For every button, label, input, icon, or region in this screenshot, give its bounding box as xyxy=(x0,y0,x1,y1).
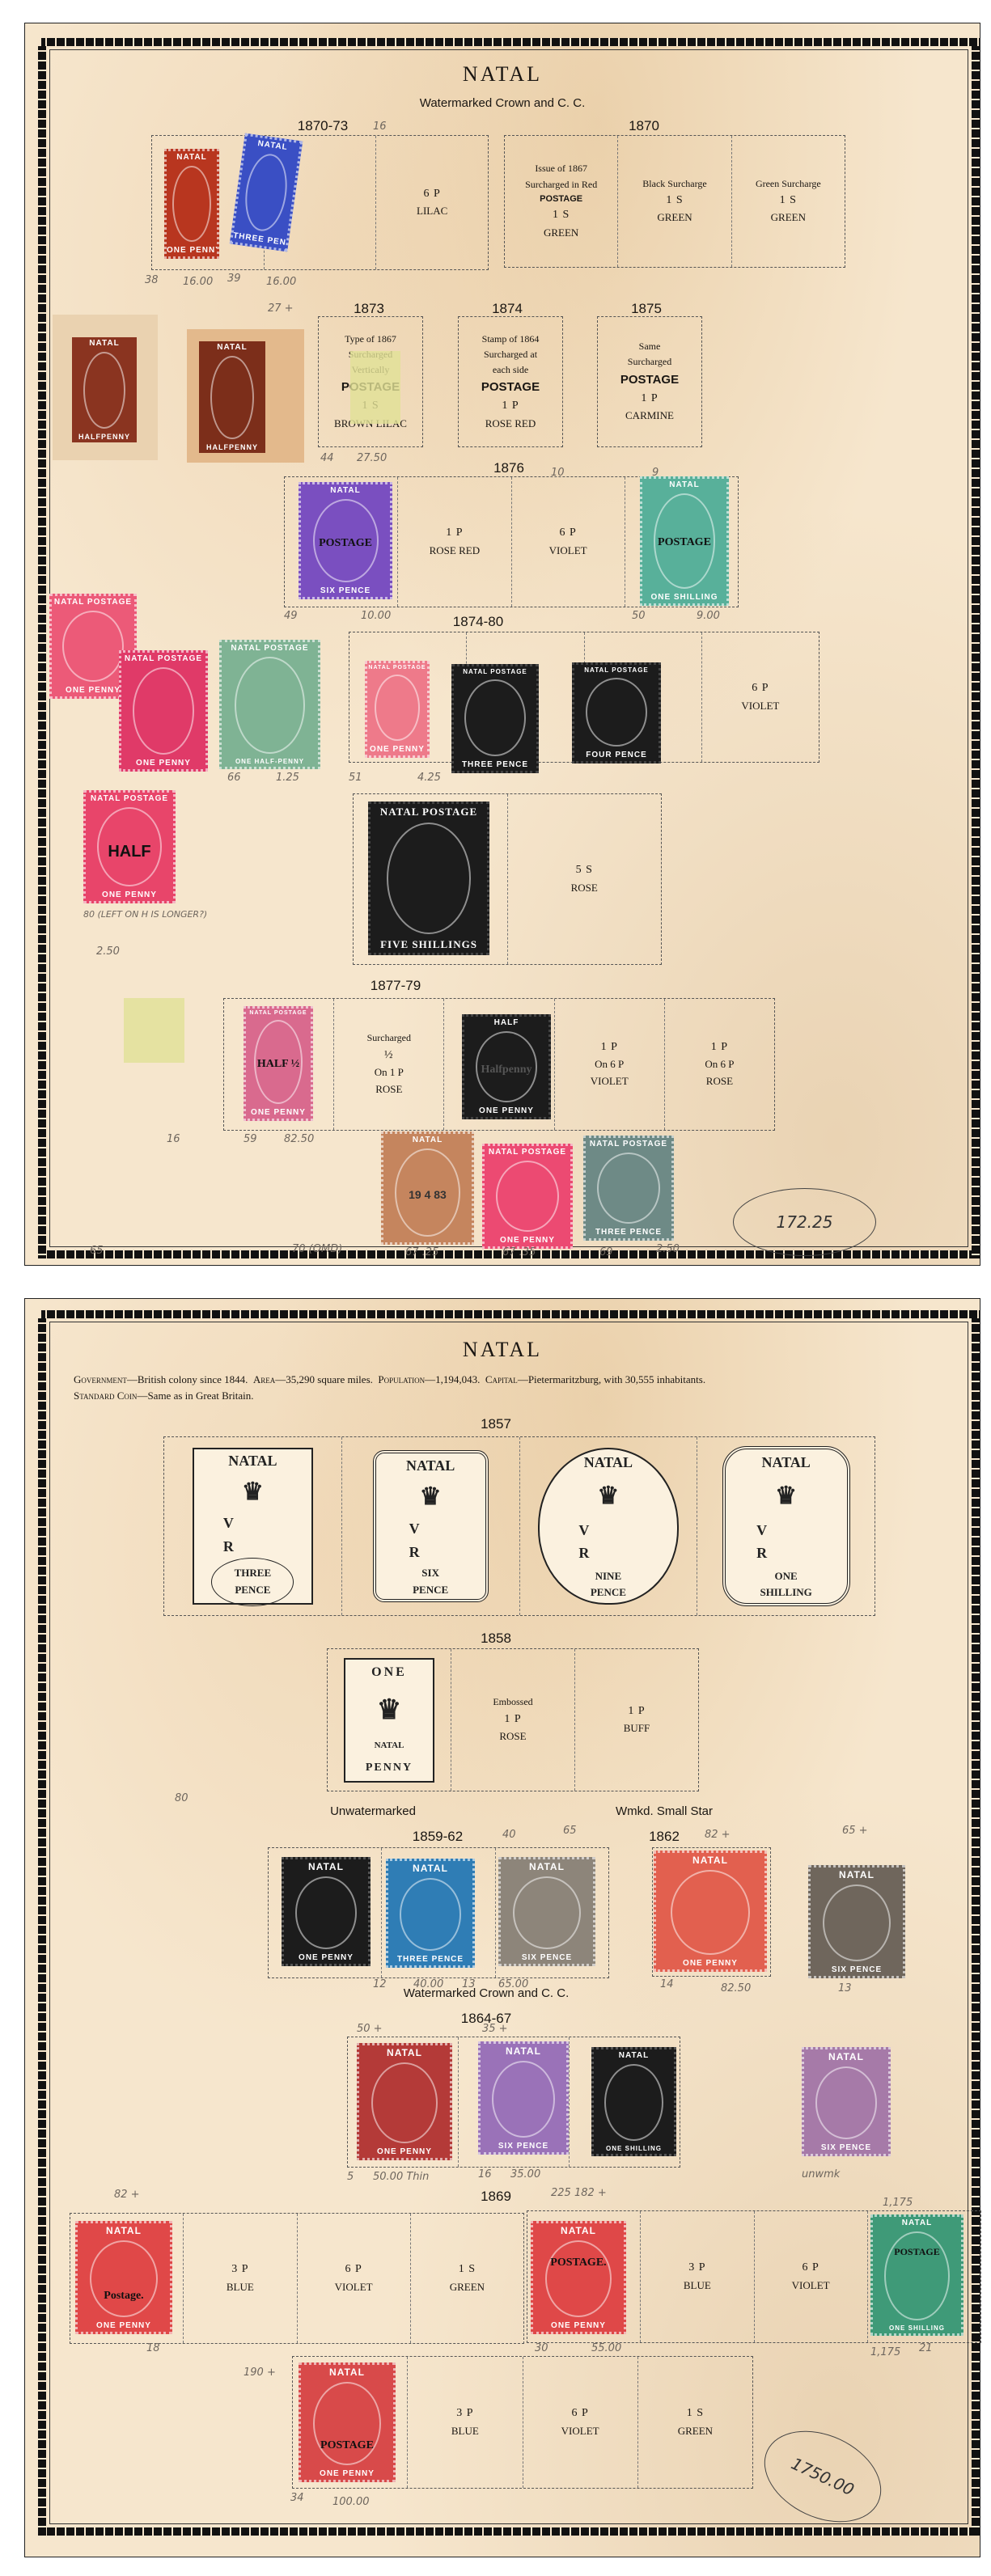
pencil-note: 1,175 xyxy=(870,2346,900,2358)
year-1857: 1857 xyxy=(481,1416,511,1432)
year-1870-73: 1870-73 xyxy=(298,118,348,134)
design-one-shilling: NATAL ♛ V R ONE SHILLING xyxy=(722,1446,850,1606)
pencil-note: 50 + xyxy=(357,2023,383,2035)
stamp-half-surcharge-rose[interactable]: NATAL POSTAGE HALF ½ ONE PENNY xyxy=(244,1006,313,1121)
pencil-note: 70 (OMD) xyxy=(292,1243,342,1255)
cell-1s-green: 1 S GREEN xyxy=(638,2357,752,2488)
pencil-note: 16 xyxy=(167,1133,180,1145)
pencil-note: 9.00 xyxy=(697,610,720,622)
crown-icon: ♛ xyxy=(597,1477,619,1516)
cell-1870-black-surcharge: Black Surcharge 1 S GREEN xyxy=(618,136,731,267)
year-1870: 1870 xyxy=(629,118,659,134)
pencil-note: 2.50 xyxy=(656,1243,680,1255)
cell-1p-on-6p-rose: 1 P On 6 P ROSE xyxy=(665,999,774,1130)
year-1874-80: 1874-80 xyxy=(453,614,503,630)
year-1874: 1874 xyxy=(492,301,523,317)
stamp-one-penny-red[interactable]: NATAL ONE PENNY xyxy=(164,149,219,259)
year-1873: 1873 xyxy=(354,301,384,317)
hinge xyxy=(124,998,184,1063)
left-border xyxy=(38,46,46,1258)
country-info: Government—British colony since 1844. Ar… xyxy=(74,1372,939,1403)
pencil-note: 190 + xyxy=(244,2367,276,2379)
pencil-note: 40 xyxy=(502,1829,516,1841)
pencil-note: 67 .35 xyxy=(502,1246,536,1258)
stamp-one-shilling-green-postage[interactable]: NATAL POSTAGE ONE SHILLING xyxy=(640,476,729,606)
pencil-note: 65 + xyxy=(842,1825,868,1837)
pencil-note: 59 xyxy=(244,1133,257,1145)
pencil-note: 35.00 xyxy=(510,2168,540,2181)
box-1874: Stamp of 1864 Surcharged at each side PO… xyxy=(458,316,563,447)
pencil-note: 4.25 xyxy=(417,772,441,784)
cell-3p-blue: 3 P BLUE xyxy=(641,2211,754,2342)
stamp-five-shillings-black-image: NATAL POSTAGE FIVE SHILLINGS xyxy=(368,802,489,955)
stamp-six-pence-lilac-unwmk[interactable]: NATAL SIX PENCE xyxy=(802,2047,891,2156)
top-border xyxy=(41,38,980,46)
pencil-note: 82 + xyxy=(114,2189,140,2201)
cell-1870-red-surcharge: Issue of 1867 Surcharged in Red POSTAGE … xyxy=(505,136,618,267)
stamp-half-penny-green[interactable]: NATAL POSTAGE ONE HALF-PENNY xyxy=(219,640,320,769)
pencil-note: 100.00 xyxy=(332,2496,370,2508)
stamp-six-pence-brown-1862[interactable]: NATAL SIX PENCE xyxy=(808,1865,905,1978)
stamp-one-penny-red-1862[interactable]: NATAL ONE PENNY xyxy=(654,1851,767,1972)
year-1859-62: 1859-62 xyxy=(413,1829,463,1845)
year-1877-79: 1877-79 xyxy=(371,978,421,994)
cell-6p-violet: 6 P VIOLET xyxy=(755,2211,868,2342)
pencil-note: 225 182 + xyxy=(551,2187,607,2199)
stamp-three-pence-blue[interactable]: NATAL THREE PENCE xyxy=(386,1859,475,1968)
pencil-note: 34 xyxy=(290,2492,304,2504)
pencil-note: 21 xyxy=(919,2342,933,2354)
stamp-one-penny-rose-2[interactable]: NATAL POSTAGE ONE PENNY xyxy=(119,650,208,772)
unwatermarked-heading: Unwatermarked xyxy=(330,1804,416,1818)
pencil-note: 67 .25 xyxy=(405,1246,438,1258)
pencil-note: 12 xyxy=(373,1978,387,1990)
year-1862: 1862 xyxy=(649,1829,680,1845)
stamp-loose-brown[interactable]: NATAL 19 4 83 xyxy=(381,1131,474,1245)
pencil-note: 82.50 xyxy=(284,1133,314,1145)
album-page-1: NATAL Watermarked Crown and C. C. 1870-7… xyxy=(24,23,980,1266)
pencil-note: 82 + xyxy=(705,1829,731,1841)
cell-6p-lilac: 6 P LILAC xyxy=(376,136,488,269)
stamp-one-penny-carmine-1864[interactable]: NATAL ONE PENNY xyxy=(357,2043,452,2160)
design-three-pence: NATAL ♛ V R THREE PENCE xyxy=(193,1448,313,1605)
pencil-note: 1,175 xyxy=(883,2197,913,2209)
stamp-one-shilling-green-postage[interactable]: NATAL POSTAGE ONE SHILLING xyxy=(870,2214,963,2336)
pencil-note: 16 xyxy=(478,2168,492,2181)
stamp-one-penny-postage-1869-a[interactable]: NATAL Postage. ONE PENNY xyxy=(75,2221,172,2334)
pencil-note: 55.00 xyxy=(591,2342,621,2354)
stamp-half-on-one-penny[interactable]: NATAL POSTAGE HALF ONE PENNY xyxy=(83,790,176,903)
cell-5s-rose: 5 S ROSE xyxy=(508,794,662,964)
cell-3p-blue: 3 P BLUE xyxy=(184,2214,297,2343)
cell-half-on-1p-rose: Surcharged ½ On 1 P ROSE xyxy=(334,999,444,1130)
crown-icon: ♛ xyxy=(775,1477,797,1516)
year-1875: 1875 xyxy=(631,301,662,317)
cell-1857-three-pence: NATAL ♛ V R THREE PENCE xyxy=(164,1437,342,1615)
stamp-six-pence-lilac-1864[interactable]: NATAL SIX PENCE xyxy=(478,2041,569,2155)
pencil-note: 9 xyxy=(652,467,659,479)
stamp-six-pence-violet-postage[interactable]: NATAL POSTAGE SIX PENCE xyxy=(299,482,392,599)
stamp-one-penny-black-image: NATAL ONE PENNY xyxy=(282,1857,371,1966)
pencil-note: 16.00 xyxy=(266,276,296,288)
pencil-note: 65 xyxy=(563,1825,577,1837)
left-border xyxy=(38,1318,46,2536)
cell-1870-green-surcharge: Green Surcharge 1 S GREEN xyxy=(732,136,845,267)
album-page-2: NATAL Government—British colony since 18… xyxy=(24,1298,980,2557)
stamp-four-pence-black-image: NATAL POSTAGE FOUR PENCE xyxy=(572,662,661,763)
pencil-note: 66 xyxy=(227,772,241,784)
stamp-one-shilling-black-image: NATAL ONE SHILLING xyxy=(591,2047,676,2156)
pencil-note: 30 xyxy=(535,2342,548,2354)
pencil-note: 13 xyxy=(838,1982,852,1994)
pencil-note: 1.25 xyxy=(276,772,299,784)
right-border xyxy=(972,1318,980,2536)
pencil-note: 40.00 xyxy=(413,1978,443,1990)
pencil-note: 10.00 xyxy=(361,610,391,622)
page-total-circled: 172.25 xyxy=(733,1188,876,1256)
pencil-note: 65.00 xyxy=(498,1978,528,1990)
pencil-note: 65 xyxy=(90,1245,104,1257)
pencil-note: 51 xyxy=(349,772,362,784)
year-1869: 1869 xyxy=(481,2189,511,2205)
envelope-cut-halfpenny-1[interactable]: NATAL HALFPENNY xyxy=(53,315,158,460)
cell-1857-one-shilling: NATAL ♛ V R ONE SHILLING xyxy=(697,1437,875,1615)
page-title: NATAL xyxy=(25,62,980,87)
cell-1p-rose-red: 1 P ROSE RED xyxy=(398,477,511,607)
pencil-note: 16.00 xyxy=(183,276,213,288)
small-star-heading: Wmkd. Small Star xyxy=(616,1804,713,1818)
box-1870: Issue of 1867 Surcharged in Red POSTAGE … xyxy=(504,135,845,268)
watermark-heading: Watermarked Crown and C. C. xyxy=(25,96,980,110)
stamp-halfpenny-black-image: HALF Halfpenny ONE PENNY xyxy=(462,1014,551,1119)
pencil-note: 49 xyxy=(284,610,298,622)
pencil-note: 35 + xyxy=(482,2023,508,2035)
cell-6p-violet: 6 P VIOLET xyxy=(512,477,625,607)
pencil-note: 27.50 xyxy=(357,452,387,464)
hinge xyxy=(350,351,400,424)
pencil-note: 27 + xyxy=(268,302,294,315)
pencil-note: 16 xyxy=(373,121,387,133)
cell-1857-nine-pence: NATAL ♛ V R NINE PENCE xyxy=(520,1437,698,1615)
cell-1s-green: 1 S GREEN xyxy=(411,2214,523,2343)
cell-3p-blue: 3 P BLUE xyxy=(408,2357,523,2488)
stamp-loose-three-pence-grey[interactable]: NATAL POSTAGE THREE PENCE xyxy=(583,1136,674,1241)
pencil-note: 69 xyxy=(599,1246,613,1258)
pencil-note: 80 (LEFT ON H IS LONGER?) xyxy=(83,909,207,920)
cell-1858-design: ONE ♛ NATAL PENNY xyxy=(328,1649,451,1791)
stamp-loose-one-penny-rose[interactable]: NATAL POSTAGE ONE PENNY xyxy=(482,1144,573,1249)
design-nine-pence: NATAL ♛ V R NINE PENCE xyxy=(538,1448,679,1605)
cell-6p-violet: 6 P VIOLET xyxy=(702,632,819,762)
envelope-cut-halfpenny-2[interactable]: NATAL HALFPENNY xyxy=(187,329,304,463)
cell-1858-1p-buff: 1 P BUFF xyxy=(575,1649,698,1791)
bottom-border xyxy=(41,2527,980,2536)
pencil-note: 50.00 Thin xyxy=(373,2171,429,2183)
crown-icon: ♛ xyxy=(377,1689,401,1732)
box-1875: Same Surcharged POSTAGE 1 P CARMINE xyxy=(597,316,702,447)
pencil-note: 50 xyxy=(632,610,646,622)
stamp-six-pence-grey[interactable]: NATAL SIX PENCE xyxy=(498,1857,595,1966)
cell-6p-violet: 6 P VIOLET xyxy=(298,2214,411,2343)
top-border xyxy=(41,1310,980,1318)
pencil-note: unwmk xyxy=(802,2168,840,2181)
pencil-note: 10 xyxy=(551,467,565,479)
pencil-note: 80 xyxy=(175,1792,188,1804)
pencil-note: 13 xyxy=(462,1978,476,1990)
pencil-note: 82.50 xyxy=(721,1982,751,1994)
box-1858: ONE ♛ NATAL PENNY Embossed 1 P ROSE 1 P … xyxy=(327,1648,699,1791)
design-one-penny-embossed: ONE ♛ NATAL PENNY xyxy=(344,1658,434,1783)
year-1876: 1876 xyxy=(493,460,524,476)
cell-1857-six-pence: NATAL ♛ V R SIX PENCE xyxy=(342,1437,520,1615)
box-1857: NATAL ♛ V R THREE PENCE NATAL ♛ V R SIX … xyxy=(163,1436,875,1616)
crown-icon: ♛ xyxy=(242,1473,264,1512)
pencil-note: 44 xyxy=(320,452,334,464)
crown-icon: ♛ xyxy=(420,1478,442,1516)
design-six-pence: NATAL ♛ V R SIX PENCE xyxy=(373,1450,489,1602)
cell-6p-violet: 6 P VIOLET xyxy=(523,2357,638,2488)
right-border xyxy=(972,46,980,1258)
stamp-one-penny-rose-3[interactable]: NATAL POSTAGE ONE PENNY xyxy=(365,661,430,758)
cell-1858-1p-rose: Embossed 1 P ROSE xyxy=(451,1649,575,1791)
pencil-note: 18 xyxy=(146,2342,160,2354)
pencil-note: 5 xyxy=(347,2171,354,2183)
page-title: NATAL xyxy=(25,1338,980,1362)
pencil-note: 14 xyxy=(660,1978,674,1990)
year-1858: 1858 xyxy=(481,1631,511,1647)
cell-1p-on-6p-violet: 1 P On 6 P VIOLET xyxy=(555,999,665,1130)
pencil-note: 2.50 xyxy=(96,945,120,958)
pencil-note: 38 xyxy=(145,274,159,286)
stamp-three-pence-black-image: NATAL POSTAGE THREE PENCE xyxy=(451,664,539,773)
stamp-one-penny-postage-manuscript[interactable]: NATAL POSTAGE ONE PENNY xyxy=(299,2362,396,2482)
stamp-one-penny-postage-1869-b[interactable]: NATAL POSTAGE. ONE PENNY xyxy=(531,2221,626,2334)
pencil-note: 39 xyxy=(227,273,241,285)
